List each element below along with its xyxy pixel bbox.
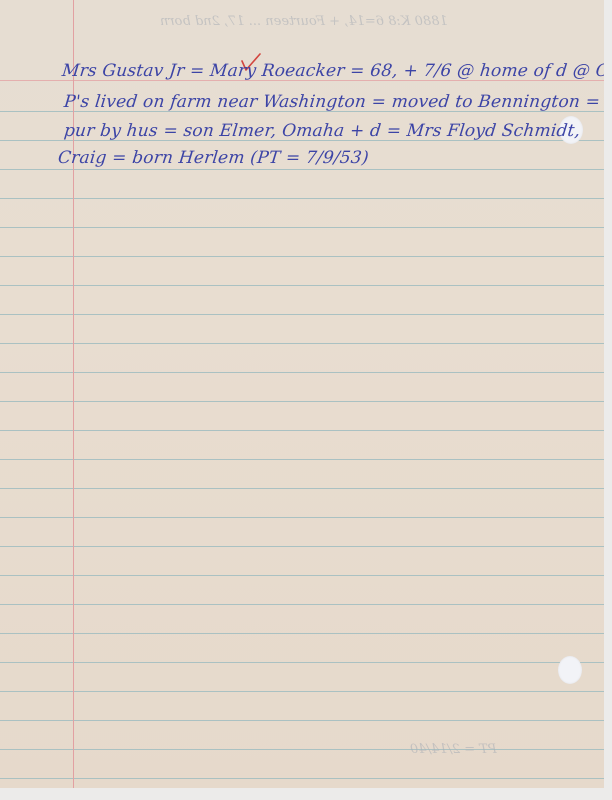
margin-line bbox=[73, 0, 74, 788]
ruled-line bbox=[0, 227, 604, 228]
ruled-line bbox=[0, 575, 604, 576]
ruled-line bbox=[0, 430, 604, 431]
ruled-line bbox=[0, 343, 604, 344]
notebook-page: 1880 K:8 6=14, + Fourteen ... 17, 2nd bo… bbox=[0, 0, 604, 788]
ruled-line bbox=[0, 778, 604, 779]
ruled-line bbox=[0, 256, 604, 257]
ruled-line bbox=[0, 459, 604, 460]
ruled-line bbox=[0, 720, 604, 721]
ruled-line bbox=[0, 198, 604, 199]
handwritten-line-1: Mrs Gustav Jr = Mary Roeacker = 68, + 7/… bbox=[61, 61, 604, 81]
ruled-line bbox=[0, 314, 604, 315]
ruled-line bbox=[0, 517, 604, 518]
handwritten-line-4: Craig = born Herlem (PT = 7/9/53) bbox=[57, 148, 370, 168]
ruled-line bbox=[0, 285, 604, 286]
ruled-line bbox=[0, 488, 604, 489]
bleed-through-bottom: PT = 2/14/40 bbox=[410, 742, 497, 757]
ruled-line bbox=[0, 604, 604, 605]
punch-hole bbox=[558, 656, 582, 684]
ruled-line bbox=[0, 546, 604, 547]
ruled-line bbox=[0, 662, 604, 663]
ruled-line bbox=[0, 401, 604, 402]
ruled-line bbox=[0, 691, 604, 692]
ruled-line bbox=[0, 633, 604, 634]
bleed-through-top: 1880 K:8 6=14, + Fourteen ... 17, 2nd bo… bbox=[160, 14, 448, 29]
handwritten-line-2: P's lived on farm near Washington = move… bbox=[63, 92, 601, 112]
ruled-line bbox=[0, 169, 604, 170]
scan-edge-right bbox=[604, 0, 612, 800]
ruled-line bbox=[0, 372, 604, 373]
scan-edge-bottom bbox=[0, 788, 612, 800]
handwritten-line-3: pur by hus = son Elmer, Omaha + d = Mrs … bbox=[63, 121, 581, 141]
ruled-line bbox=[0, 749, 604, 750]
